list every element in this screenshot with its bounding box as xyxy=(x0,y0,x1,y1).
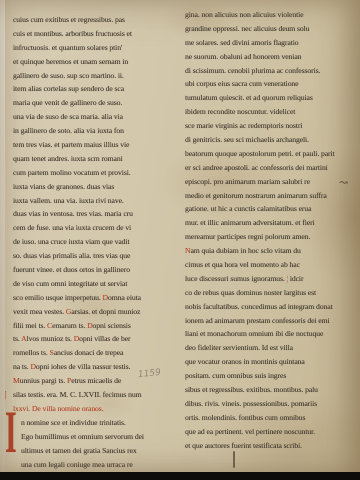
text-line: tumulatum quiescit. et ad quorum reliqui… xyxy=(185,91,357,105)
text-line: de viso cum omni integritate ut serviat xyxy=(13,277,183,291)
text-line: quam tenet andres. iuxta scm romani xyxy=(13,152,183,166)
text-line: que vocatur oranos in montinis quintana xyxy=(185,355,357,369)
text-line: er sci andree apostoli. ac confessoris d… xyxy=(185,161,357,175)
text-line: beatorum quoque apostolorum petri. et pa… xyxy=(185,147,357,161)
text-line: ts. Alvos munioz ts. Dopni villas de ber xyxy=(13,332,183,346)
text-line: medio et genitorum nostrarum animarum su… xyxy=(185,189,357,203)
text-line: mereamur participes regni polorum amen. xyxy=(185,230,357,244)
text-line: nobis facultatibus. concedimus ad integr… xyxy=(185,300,357,314)
text-line: cuius cum exitibus et regressibus. pas xyxy=(13,13,183,27)
text-line: me solares. sed divini amoris flagratio xyxy=(185,36,357,50)
text-line: in gallinero de soto. alia via iuxta fon xyxy=(13,124,183,138)
text-line: et que auctores fuerint testificata scri… xyxy=(185,439,357,453)
text-line: maria que venit de gallinero de suso. xyxy=(13,96,183,110)
text-line: so. duas vias primalis alia. tres vias q… xyxy=(13,249,183,263)
text-line: deo fideliter servientium. Id est villa xyxy=(185,341,357,355)
text-line: di genitricis. seu sci michaelis archang… xyxy=(185,133,357,147)
text-line: episcopi. pro animarum mariam salubri re xyxy=(185,175,357,189)
text-line: grandine oppressi. nec alicuius deum sol… xyxy=(185,22,357,36)
text-line: ubi corpus eius sacra cum veneratione xyxy=(185,77,357,91)
text-line: gina. non alicuius non alicuius violenti… xyxy=(185,8,357,22)
manuscript-page: cuius cum exitibus et regressibus. pascu… xyxy=(0,0,360,480)
text-line: tem tres vias. et partem maius illius vi… xyxy=(13,138,183,152)
text-line: Ego humillimus et omnium servorum dei xyxy=(13,430,183,444)
rubric-line: lxxvi. De villa nomine oranos. xyxy=(13,402,183,416)
text-line: duas vias in ventosa. tres vias. maria c… xyxy=(13,207,183,221)
text-line: romellos ts. Sancius donaci de trepea xyxy=(13,346,183,360)
text-line: cimus et qua hora vel momento ab hac xyxy=(185,258,357,272)
text-line: filii mei ts. Cemarum ts. Dopni sciensis xyxy=(13,319,183,333)
text-line: ionem ad animarum prestam confessoris de… xyxy=(185,314,357,328)
text-line: vexit mea vestes. Garsias. et dopni muni… xyxy=(13,305,183,319)
text-line: sibus et regressibus. exitibus. montibus… xyxy=(185,383,357,397)
text-line: ibidem recondite noscuntur. videlicet xyxy=(185,105,357,119)
text-line: positam. cum omnibus suis ingres xyxy=(185,369,357,383)
text-line: fuerunt vinee. et duos ortos in galliner… xyxy=(13,263,183,277)
text-line: cuis et montibus. arboribus fructuosis e… xyxy=(13,27,183,41)
illuminated-initial-i: I xyxy=(5,399,17,465)
margin-flourish-icon: ↝ xyxy=(338,175,349,189)
descender-stroke xyxy=(233,451,235,468)
text-line: infructuosis. et quantum solares ptin' xyxy=(13,41,183,55)
text-line: luce discessuri sumus ignoramus. ¦ idcir xyxy=(185,272,357,286)
text-line: cem de fuse. una via iuxta crucem de vi xyxy=(13,221,183,235)
text-line: liani et monachorum omnium ibi die noctu… xyxy=(185,327,357,341)
text-line: de iuso. una cruce iuxta viam que vadit xyxy=(13,235,183,249)
text-line: ne suorum. obaluni ad honorem venian xyxy=(185,50,357,64)
text-line: n nomine sce et individue trinitatis. xyxy=(13,416,183,430)
text-line: ortis. molendinis. fontibus cum omnibus xyxy=(185,411,357,425)
text-line: gallinero de suso. sup sco martino. ii. xyxy=(13,69,183,83)
text-line: Nam quia dubiam in hoc sclo vitam du xyxy=(185,244,357,258)
text-line: dibus. rivis. vineis. possessionibus. po… xyxy=(185,397,357,411)
text-line: iuxta vallem. una via. iuxta rivi nave. xyxy=(13,194,183,208)
text-line: item alias cortelas sup sendero de sca xyxy=(13,82,183,96)
text-line: mur. et illic animarum adversitatum. et … xyxy=(185,216,357,230)
text-line: et quinque heremos et unam sernam in xyxy=(13,55,183,69)
scan-bottom-bar xyxy=(0,472,360,480)
text-column-left: cuius cum exitibus et regressibus. pascu… xyxy=(13,0,183,471)
text-line: una via de suso de sca maria. alia via xyxy=(13,110,183,124)
text-line: una cum legali coniuge mea urraca re xyxy=(13,458,183,472)
text-line: gatione. ut hic a cunctis calamitatibus … xyxy=(185,202,357,216)
text-line: sco emilio usque imperpetuu. Domna eiuta xyxy=(13,291,183,305)
text-line: silas testis. era. M. C. LXVII. fecimus … xyxy=(13,388,183,402)
text-line: iuxta vians de granones. duas vias xyxy=(13,180,183,194)
text-line: co de rebus quas dominus noster largitus… xyxy=(185,286,357,300)
scan-edge-strip xyxy=(0,0,5,472)
text-line: ultimus et tamen dei gratia Sancius rex xyxy=(13,444,183,458)
text-line: cum partem molino vocatum et provisi. xyxy=(13,166,183,180)
text-line: que ad ea pertinent. vel pertinere noscu… xyxy=(185,425,357,439)
text-column-right: gina. non alicuius non alicuius violenti… xyxy=(185,0,357,453)
text-line: di scissimum. cenobii plurima ac confess… xyxy=(185,64,357,78)
text-line: sce marie virginis ac redemptoris nostri xyxy=(185,119,357,133)
